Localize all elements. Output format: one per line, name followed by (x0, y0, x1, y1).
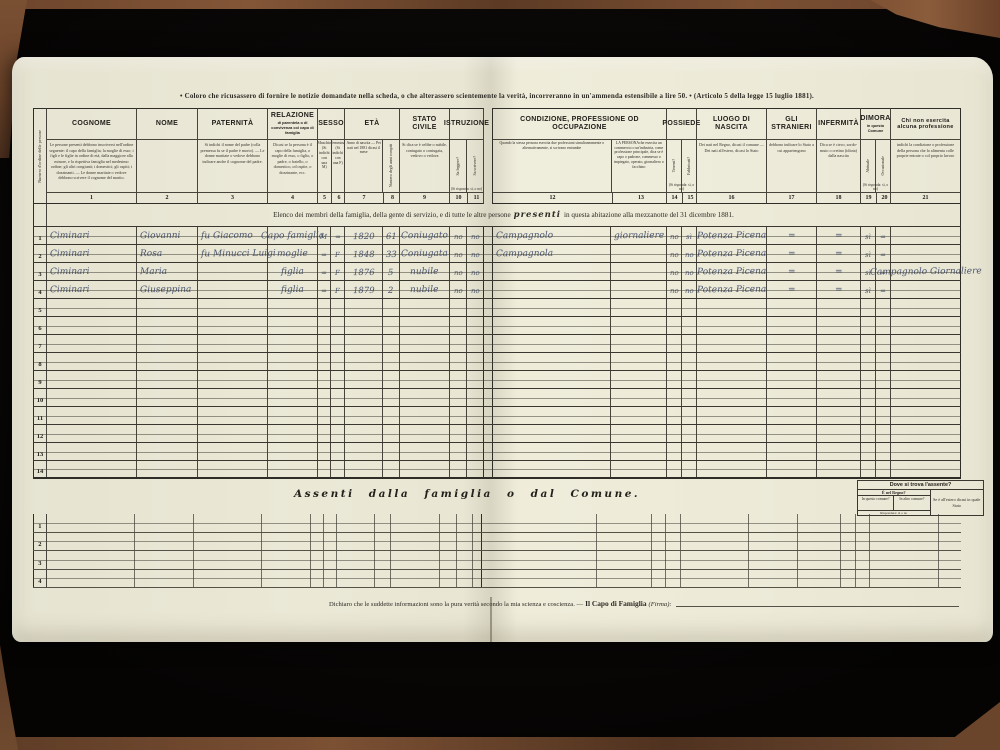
table-cell (652, 570, 667, 588)
table-cell (268, 407, 318, 424)
table-row: 1CiminariGiovannifu GiacomoCapo famiglia… (33, 227, 961, 245)
column-desc-stranieri: debbono indicare lo Stato a cui apparten… (767, 139, 816, 192)
table-cell: Ciminari (47, 245, 137, 262)
column-number: 1 (47, 195, 136, 201)
table-cell (876, 317, 891, 334)
table-cell (318, 353, 331, 370)
column-group-sesso: SESSOMaschio(Si indichi con una M)Femmin… (318, 108, 345, 204)
table-cell: no (450, 245, 467, 262)
table-cell: sì (861, 245, 876, 262)
table-cell (876, 407, 891, 424)
table-cell (337, 551, 374, 569)
table-cell: Rosa (137, 245, 198, 262)
handwritten-entry: no (454, 288, 463, 295)
table-cell (337, 514, 374, 532)
table-cell (47, 371, 137, 388)
table-cell (652, 533, 667, 551)
table-cell (861, 389, 876, 406)
table-row: 2 (33, 533, 961, 552)
table-cell (611, 389, 667, 406)
table-cell (467, 335, 484, 352)
table-cell (135, 570, 195, 588)
table-cell (331, 371, 345, 388)
column-number-strip: 1920 (861, 192, 890, 203)
table-cell (457, 533, 474, 551)
handwritten-entry: F (335, 270, 340, 277)
table-cell (194, 551, 262, 569)
table-cell (876, 461, 891, 477)
table-cell (47, 335, 137, 352)
table-cell: M (318, 227, 331, 244)
fold-gap (473, 570, 481, 588)
table-cell (492, 335, 611, 352)
handwritten-entry: 1820 (353, 232, 375, 241)
column-group-luogo: LUOGO DI NASCITADei nati nel Regno, dica… (697, 108, 767, 204)
table-cell (697, 425, 767, 442)
table-cell (324, 514, 338, 532)
table-cell (345, 389, 383, 406)
column-group-possiede: POSSIEDETerreni?Fabbricati?(Si risponda:… (667, 108, 697, 204)
where-box-kingdom: È nel Regno? In questo comune? In altro … (858, 490, 931, 515)
table-cell: fu Minucci Luigi (198, 245, 268, 262)
table-cell: = (767, 245, 817, 262)
table-cell (861, 335, 876, 352)
table-cell (47, 317, 137, 334)
row-number: 1 (33, 227, 47, 244)
row-number: 12 (33, 425, 47, 442)
table-cell (47, 389, 137, 406)
table-cell (798, 533, 841, 551)
column-number: 3 (198, 195, 267, 201)
handwritten-entry: nubile (410, 268, 439, 277)
table-row: 11 (33, 407, 961, 425)
table-cell (767, 443, 817, 460)
table-cell (817, 317, 861, 334)
table-cell (492, 299, 611, 316)
handwritten-entry: 5 (388, 268, 394, 277)
census-form: • Coloro che ricusassero di fornire le n… (33, 86, 961, 608)
handwritten-entry: Ciminari (50, 268, 90, 277)
table-cell-extension (939, 533, 961, 551)
table-cell (450, 353, 467, 370)
table-cell (492, 317, 611, 334)
table-cell: 1848 (345, 245, 383, 262)
signature-line (676, 606, 959, 607)
handwritten-entry: = (788, 250, 796, 259)
table-body: 1CiminariGiovannifu GiacomoCapo famiglia… (33, 227, 961, 479)
table-cell: Potenza Picena (697, 281, 767, 298)
table-cell: Potenza Picena (697, 227, 767, 244)
absent-section-title: Assenti dalla famiglia o dal Comune. (33, 488, 901, 500)
table-cell (749, 551, 798, 569)
table-cell (324, 533, 338, 551)
table-cell (198, 299, 268, 316)
table-cell (457, 551, 474, 569)
table-cell (611, 263, 667, 280)
table-cell (492, 281, 611, 298)
handwritten-entry: fu Giacomo (201, 232, 253, 242)
table-cell (345, 317, 383, 334)
table-cell (450, 335, 467, 352)
fold-gap (484, 461, 492, 477)
table-cell (318, 389, 331, 406)
row-number: 13 (33, 443, 47, 460)
table-cell: 61 (383, 227, 400, 244)
table-cell (383, 407, 400, 424)
table-cell (345, 335, 383, 352)
table-cell (861, 317, 876, 334)
table-cell (467, 389, 484, 406)
table-cell: = (817, 245, 861, 262)
table-cell (667, 461, 682, 477)
table-cell (137, 425, 198, 442)
handwritten-entry: Capo famiglia (261, 232, 324, 242)
table-cell (337, 570, 374, 588)
table-cell (870, 551, 938, 569)
table-cell (492, 263, 611, 280)
column-desc-dimora: AbitualeOccasionale(Si risponda: sì, o n… (861, 139, 890, 192)
table-cell (391, 514, 440, 532)
handwritten-entry: = (788, 268, 796, 277)
column-desc-paternita: Si indichi il nome del padre (colla prem… (198, 139, 267, 192)
table-cell (597, 533, 652, 551)
table-row: 5 (33, 299, 961, 317)
column-title-cognome: COGNOME (47, 109, 136, 139)
column-title-small: di parentela o di convivenza col capo di… (269, 121, 316, 135)
table-cell: figlia (268, 263, 318, 280)
table-cell (383, 335, 400, 352)
table-cell (135, 551, 195, 569)
handwritten-entry: 61 (386, 232, 397, 241)
table-cell (817, 299, 861, 316)
column-desc-condizione: Quando la stessa persona esercita due pr… (493, 139, 666, 192)
table-cell (311, 514, 324, 532)
row-number: 6 (33, 317, 47, 334)
column-desc-nome (137, 139, 197, 192)
table-cell: Coniugato (400, 227, 450, 244)
table-cell (467, 461, 484, 477)
table-cell (450, 299, 467, 316)
column-number: 21 (891, 195, 960, 201)
table-cell (457, 514, 474, 532)
table-cell (667, 353, 682, 370)
absent-table-body: 1234 (33, 514, 961, 588)
handwritten-entry: Campagnolo (496, 232, 553, 242)
handwritten-entry: = (835, 286, 843, 295)
table-cell (331, 461, 345, 477)
table-cell (841, 551, 856, 569)
table-cell (876, 299, 891, 316)
column-title-luogo: LUOGO DI NASCITA (697, 109, 766, 139)
table-cell (861, 353, 876, 370)
table-cell (817, 425, 861, 442)
table-cell (137, 335, 198, 352)
table-cell: = (318, 263, 331, 280)
fold-gap (484, 353, 492, 370)
table-row: 8 (33, 353, 961, 371)
table-cell (682, 317, 697, 334)
wood-table-edge-bottom-left (0, 645, 18, 750)
table-row: 4CiminariGiuseppinafiglia=F18792nubileno… (33, 281, 961, 299)
list-subtitle-band: Elenco dei membri della famiglia, della … (33, 204, 961, 227)
table-cell: no (667, 263, 682, 280)
table-cell: no (682, 245, 697, 262)
table-cell (767, 371, 817, 388)
table-cell (611, 317, 667, 334)
column-desc-eta: Anno di nascita — Pei nati nel 1881 dica… (345, 139, 399, 192)
column-desc-istruzione: Sa leggere?Sa scrivere?(Si risponda: sì,… (450, 139, 483, 192)
table-cell (611, 299, 667, 316)
table-row: 1 (33, 514, 961, 533)
table-cell (667, 407, 682, 424)
table-cell: = (876, 227, 891, 244)
fold-gap (484, 227, 492, 244)
table-cell (861, 407, 876, 424)
column-group-infermita: INFERMITÀDica se è cieco, sordo-muto o c… (817, 108, 861, 204)
fold-gap (484, 245, 492, 262)
handwritten-entry: no (670, 234, 679, 241)
table-cell (391, 551, 440, 569)
table-cell (467, 353, 484, 370)
table-cell (318, 335, 331, 352)
table-cell (682, 425, 697, 442)
table-cell (682, 299, 697, 316)
table-cell (666, 533, 681, 551)
fold-gap (484, 263, 492, 280)
table-cell: figlia (268, 281, 318, 298)
table-cell (198, 281, 268, 298)
table-cell (383, 371, 400, 388)
table-cell (47, 570, 135, 588)
table-cell (311, 551, 324, 569)
column-number-strip: 78 (345, 192, 399, 203)
handwritten-entry: Maria (140, 268, 167, 277)
table-cell (611, 461, 667, 477)
column-title-dimora: DIMORAin questo Comune (861, 109, 890, 139)
table-row: 14 (33, 461, 961, 479)
handwritten-entry: Campagnola (496, 250, 553, 260)
table-cell (400, 317, 450, 334)
table-cell: no (667, 281, 682, 298)
table-cell (681, 514, 749, 532)
table-cell: = (817, 227, 861, 244)
table-cell: 1820 (345, 227, 383, 244)
table-cell (666, 570, 681, 588)
table-cell (137, 371, 198, 388)
table-cell (400, 407, 450, 424)
table-cell: Potenza Picena (697, 245, 767, 262)
fold-gap (484, 317, 492, 334)
fold-gap (473, 533, 481, 551)
table-cell (876, 425, 891, 442)
where-box-title: Dove si trova l'assente? (858, 481, 983, 490)
table-cell (682, 461, 697, 477)
table-cell (268, 317, 318, 334)
table-cell (47, 299, 137, 316)
table-cell (318, 299, 331, 316)
table-cell: giornaliere (611, 227, 667, 244)
table-cell (467, 371, 484, 388)
table-cell (318, 407, 331, 424)
where-is-absentee-box: Dove si trova l'assente? È nel Regno? In… (857, 480, 984, 516)
table-row: 10 (33, 389, 961, 407)
column-number: 10 (450, 195, 467, 201)
table-cell (682, 353, 697, 370)
table-cell (856, 533, 871, 551)
table-cell: no (450, 263, 467, 280)
handwritten-entry: Potenza Picena (697, 232, 766, 242)
table-cell (391, 570, 440, 588)
handwritten-entry: Ciminari (50, 250, 90, 259)
photo-of-census-sheet: • Coloro che ricusassero di fornire le n… (0, 0, 1000, 750)
table-cell (667, 371, 682, 388)
row-number: 8 (33, 353, 47, 370)
table-cell (856, 570, 871, 588)
table-cell: = (331, 227, 345, 244)
table-cell (345, 407, 383, 424)
table-cell: Giuseppina (137, 281, 198, 298)
table-cell (841, 570, 856, 588)
table-cell (891, 299, 961, 316)
declaration-line: Dichiaro che le suddette informazioni so… (33, 595, 961, 608)
table-cell (467, 407, 484, 424)
handwritten-entry: = (335, 234, 341, 241)
handwritten-entry: 33 (386, 250, 397, 259)
table-cell (375, 570, 392, 588)
handwritten-entry: no (670, 252, 679, 259)
table-cell (198, 425, 268, 442)
table-cell (652, 514, 667, 532)
table-cell (682, 443, 697, 460)
table-cell (198, 443, 268, 460)
table-cell (666, 551, 681, 569)
column-number: 20 (876, 193, 892, 203)
table-cell (749, 533, 798, 551)
handwritten-entry: no (454, 252, 463, 259)
handwritten-entry: Rosa (140, 250, 162, 259)
table-cell (450, 389, 467, 406)
table-cell (492, 353, 611, 370)
handwritten-entry: no (685, 252, 694, 259)
handwritten-entry: = (880, 252, 886, 259)
table-cell (194, 533, 262, 551)
column-group-paternita: PATERNITÀSi indichi il nome del padre (c… (198, 108, 268, 204)
table-cell (817, 461, 861, 477)
table-cell: 33 (383, 245, 400, 262)
subcolumn-13: LA PERSONAche esercita un commercio o un… (611, 140, 666, 192)
table-cell (681, 533, 749, 551)
table-row: 3 (33, 551, 961, 570)
handwritten-entry: Ciminari (50, 286, 90, 295)
table-cell: Maria (137, 263, 198, 280)
answer-footnote: (Si risponda: sì, o no) (861, 183, 890, 192)
handwritten-entry: Coniugato (401, 232, 448, 241)
handwritten-entry: Potenza Picena (697, 250, 766, 260)
fold-gap (484, 389, 492, 406)
table-cell (667, 443, 682, 460)
table-cell (492, 461, 611, 477)
table-cell (47, 425, 137, 442)
table-cell (767, 461, 817, 477)
handwritten-entry: Potenza Picena (697, 268, 766, 278)
answer-footnote: (Si risponda: sì, o no) (667, 183, 696, 192)
handwritten-entry: no (670, 270, 679, 277)
column-title-eta: ETÀ (345, 109, 399, 139)
declaration-signature-label: (Firma): (649, 601, 672, 608)
table-cell (841, 514, 856, 532)
table-cell (492, 371, 611, 388)
column-number-strip: 56 (318, 192, 344, 203)
column-number: 14 (667, 195, 682, 201)
column-number: 12 (493, 195, 612, 201)
table-cell (697, 335, 767, 352)
wood-table-edge-bottom (0, 737, 1000, 750)
table-cell (652, 551, 667, 569)
table-cell (798, 514, 841, 532)
table-cell (400, 443, 450, 460)
table-cell (268, 371, 318, 388)
table-cell (611, 335, 667, 352)
table-cell (611, 371, 667, 388)
column-number: 11 (467, 193, 485, 203)
table-cell (891, 353, 961, 370)
column-title-relazione: RELAZIONEdi parentela o di convivenza co… (268, 109, 317, 139)
table-cell (697, 443, 767, 460)
handwritten-entry: no (685, 270, 694, 277)
table-cell (467, 425, 484, 442)
handwritten-entry: no (454, 234, 463, 241)
abroad-question: Se è all'estero dicasi in quale Stato (931, 490, 984, 515)
column-number: 5 (318, 195, 331, 201)
table-cell (198, 461, 268, 477)
table-cell (856, 551, 871, 569)
table-cell (817, 353, 861, 370)
table-cell (492, 389, 611, 406)
handwritten-entry: sì (865, 288, 871, 295)
table-cell: = (767, 263, 817, 280)
table-cell: Campagnola (492, 245, 611, 262)
declaration-head-of-family: Il Capo di Famiglia (585, 599, 646, 608)
table-cell (198, 317, 268, 334)
table-cell: = (318, 245, 331, 262)
row-number: 11 (33, 407, 47, 424)
table-cell (262, 533, 311, 551)
table-cell (400, 425, 450, 442)
table-cell (457, 570, 474, 588)
handwritten-entry: no (471, 252, 480, 259)
column-number: 4 (268, 195, 317, 201)
column-group-nome: NOME2 (137, 108, 198, 204)
handwritten-entry: nubile (410, 286, 439, 295)
table-cell (137, 317, 198, 334)
table-cell (440, 551, 457, 569)
table-cell (667, 335, 682, 352)
table-cell (262, 570, 311, 588)
column-number-strip: 2 (137, 192, 197, 203)
column-number-strip: 1 (47, 192, 136, 203)
column-title-infermita: INFERMITÀ (817, 109, 860, 139)
column-number: 9 (400, 195, 449, 201)
row-number: 4 (33, 281, 47, 298)
table-cell (268, 443, 318, 460)
table-cell (137, 407, 198, 424)
subtitle-emphasis: presenti (514, 210, 561, 220)
table-cell (876, 335, 891, 352)
table-cell (876, 443, 891, 460)
table-cell (891, 227, 961, 244)
table-cell (876, 389, 891, 406)
table-cell (841, 533, 856, 551)
